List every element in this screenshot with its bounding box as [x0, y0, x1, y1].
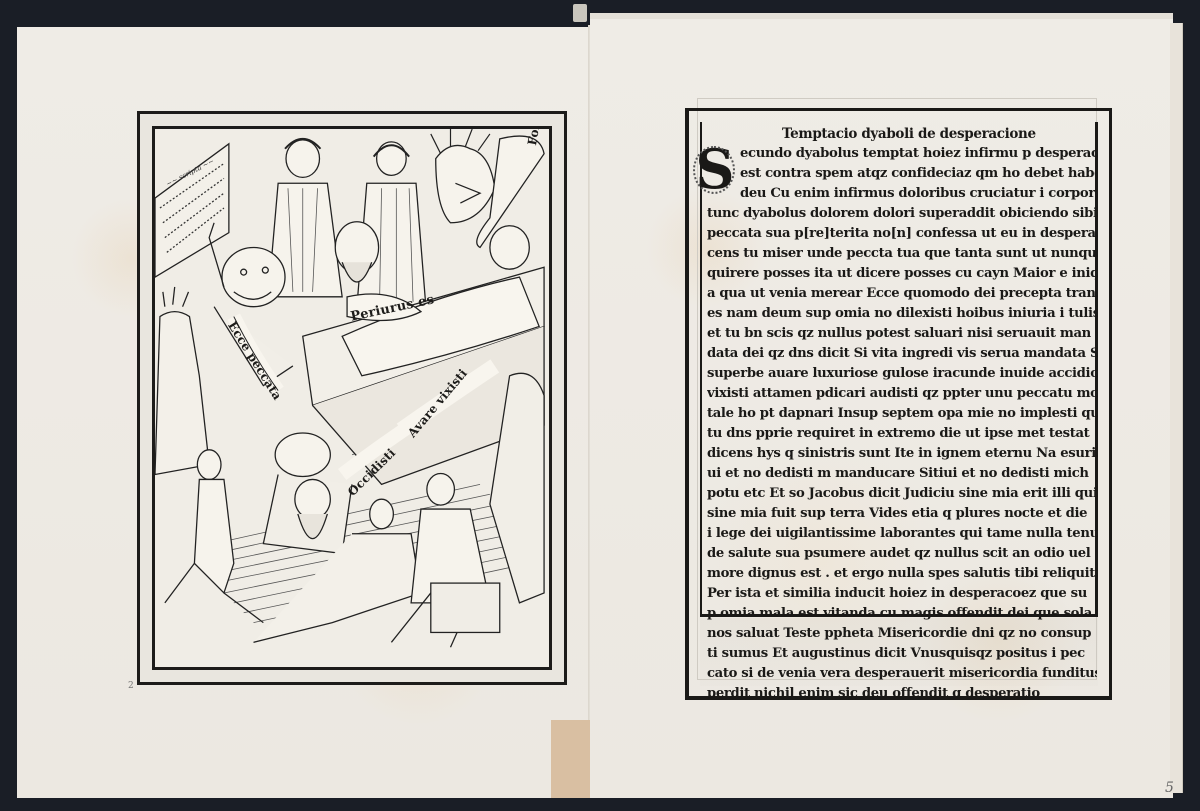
text-line: de salute sua psumere audet qz nullus sc…: [707, 544, 1097, 564]
text-line: et tu bn scis qz nullus potest saluari n…: [707, 324, 1097, 344]
text-line: data dei qz dns dicit Si vita ingredi vi…: [707, 344, 1097, 364]
folio-mark-left: 2: [128, 681, 134, 691]
folio-number: 5: [1165, 780, 1174, 796]
text-line: ecundo dyabolus temptat hoiez infirmu p …: [707, 144, 1097, 164]
text-line: more dignus est . et ergo nulla spes sal…: [707, 564, 1097, 584]
text-line: peccata sua p[re]terita no[n] confessa u…: [707, 224, 1097, 244]
text-line: Per ista et similia inducit hoiez in des…: [707, 584, 1097, 604]
text-line: tale ho pt dapnari Insup septem opa mie …: [707, 404, 1097, 424]
text-line: nos saluat Teste ppheta Misericordie dni…: [707, 624, 1097, 644]
text-line: p omia mala est vitanda cu magis offendi…: [707, 604, 1097, 624]
text-block: Temptacio dyaboli de desperacione ecundo…: [707, 124, 1097, 704]
woodcut-frame: ~~ scripta ~~ Fornicatus es Periurus es …: [137, 111, 567, 685]
text-line: quirere posses ita ut dicere posses cu c…: [707, 264, 1097, 284]
paper-tab: [551, 720, 591, 798]
text-heading: Temptacio dyaboli de desperacione: [707, 124, 1097, 144]
text-line: i lege dei uigilantissime laborantes qui…: [707, 524, 1097, 544]
text-line: potu etc Et so Jacobus dicit Judiciu sin…: [707, 484, 1097, 504]
binding-clip: [573, 4, 587, 22]
text-line: tunc dyabolus dolorem dolori superaddit …: [707, 204, 1097, 224]
text-line: perdit nichil enim sic deu offendit q de…: [707, 684, 1097, 704]
woodcut-illustration: ~~ scripta ~~ Fornicatus es Periurus es …: [152, 126, 552, 670]
text-line: cens tu miser unde peccta tua que tanta …: [707, 244, 1097, 264]
text-line: deu Cu enim infirmus doloribus cruciatur…: [707, 184, 1097, 204]
text-line: superbe auare luxuriose gulose iracunde …: [707, 364, 1097, 384]
text-line: dicens hys q sinistris sunt Ite in ignem…: [707, 444, 1097, 464]
text-line: es nam deum sup omia no dilexisti hoibus…: [707, 304, 1097, 324]
text-line: sine mia fuit sup terra Vides etia q plu…: [707, 504, 1097, 524]
deathbed-scene-icon: [155, 129, 549, 667]
text-line: a qua ut venia merear Ecce quomodo dei p…: [707, 284, 1097, 304]
text-line: vixisti attamen pdicari audisti qz ppter…: [707, 384, 1097, 404]
text-line: ti sumus Et augustinus dicit Vnusquisqz …: [707, 644, 1097, 664]
text-line: cato si de venia vera desperauerit miser…: [707, 664, 1097, 684]
text-line: tu dns pprie requiret in extremo die ut …: [707, 424, 1097, 444]
text-line: ui et no dedisti m manducare Sitiui et n…: [707, 464, 1097, 484]
text-line: est contra spem atqz confideciaz qm ho d…: [707, 164, 1097, 184]
